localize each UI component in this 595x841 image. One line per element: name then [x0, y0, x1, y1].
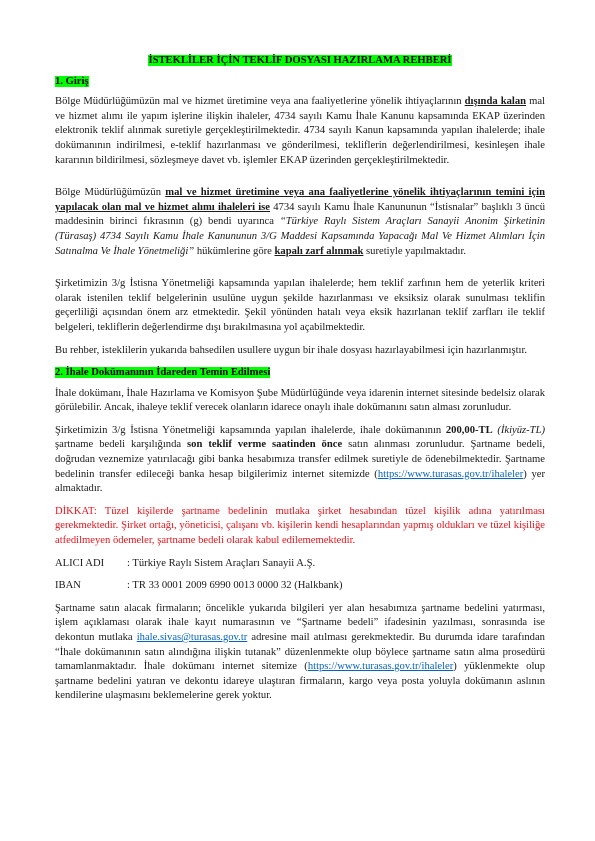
tenders-link-2[interactable]: https://www.turasas.gov.tr/ihaleler [308, 661, 453, 672]
iban-label: IBAN [55, 579, 127, 594]
section-2-heading: 2. İhale Dokümanının İdareden Temin Edil… [55, 366, 545, 381]
doc-paragraph-2: Şirketimizin 3/g İstisna Yönetmeliği kap… [55, 424, 545, 497]
intro-paragraph-2: Bölge Müdürlüğümüzün mal ve hizmet üreti… [55, 186, 545, 259]
bank-recipient-row: ALICI ADI : Türkiye Raylı Sistem Araçlar… [55, 557, 545, 572]
fee-amount: 200,00-TL [446, 425, 493, 436]
section-1-heading: 1. Giriş [55, 75, 545, 90]
tenders-link[interactable]: https://www.turasas.gov.tr/ihaleler [378, 469, 523, 480]
document-title: İSTEKLİLER İÇİN TEKLİF DOSYASI HAZIRLAMA… [55, 54, 545, 69]
emphasis-sealed-bid: kapalı zarf alınmak [275, 246, 364, 257]
intro-paragraph-4: Bu rehber, isteklilerin yukarıda bahsedi… [55, 344, 545, 359]
recipient-value: : Türkiye Raylı Sistem Araçları Sanayii … [127, 557, 315, 572]
fee-in-words: (İkiyüz-TL) [497, 425, 545, 436]
intro-paragraph-3: Şirketimizin 3/g İstisna Yönetmeliği kap… [55, 277, 545, 335]
bank-iban-row: IBAN : TR 33 0001 2009 6990 0013 0000 32… [55, 579, 545, 594]
iban-value: : TR 33 0001 2009 6990 0013 0000 32 (Hal… [127, 579, 343, 594]
warning-notice: DİKKAT: Tüzel kişilerde şartname bedelin… [55, 505, 545, 549]
recipient-label: ALICI ADI [55, 557, 127, 572]
document-page: İSTEKLİLER İÇİN TEKLİF DOSYASI HAZIRLAMA… [55, 54, 545, 712]
doc-paragraph-3: Şartname satın alacak firmaların; önceli… [55, 602, 545, 704]
doc-paragraph-1: İhale dokümanı, İhale Hazırlama ve Komis… [55, 387, 545, 416]
intro-paragraph-1: Bölge Müdürlüğümüzün mal ve hizmet üreti… [55, 95, 545, 168]
email-link[interactable]: ihale.sivas@turasas.gov.tr [137, 632, 248, 643]
emphasis-outside: dışında kalan [465, 96, 526, 107]
deadline-emphasis: son teklif verme saatinden önce [187, 439, 342, 450]
